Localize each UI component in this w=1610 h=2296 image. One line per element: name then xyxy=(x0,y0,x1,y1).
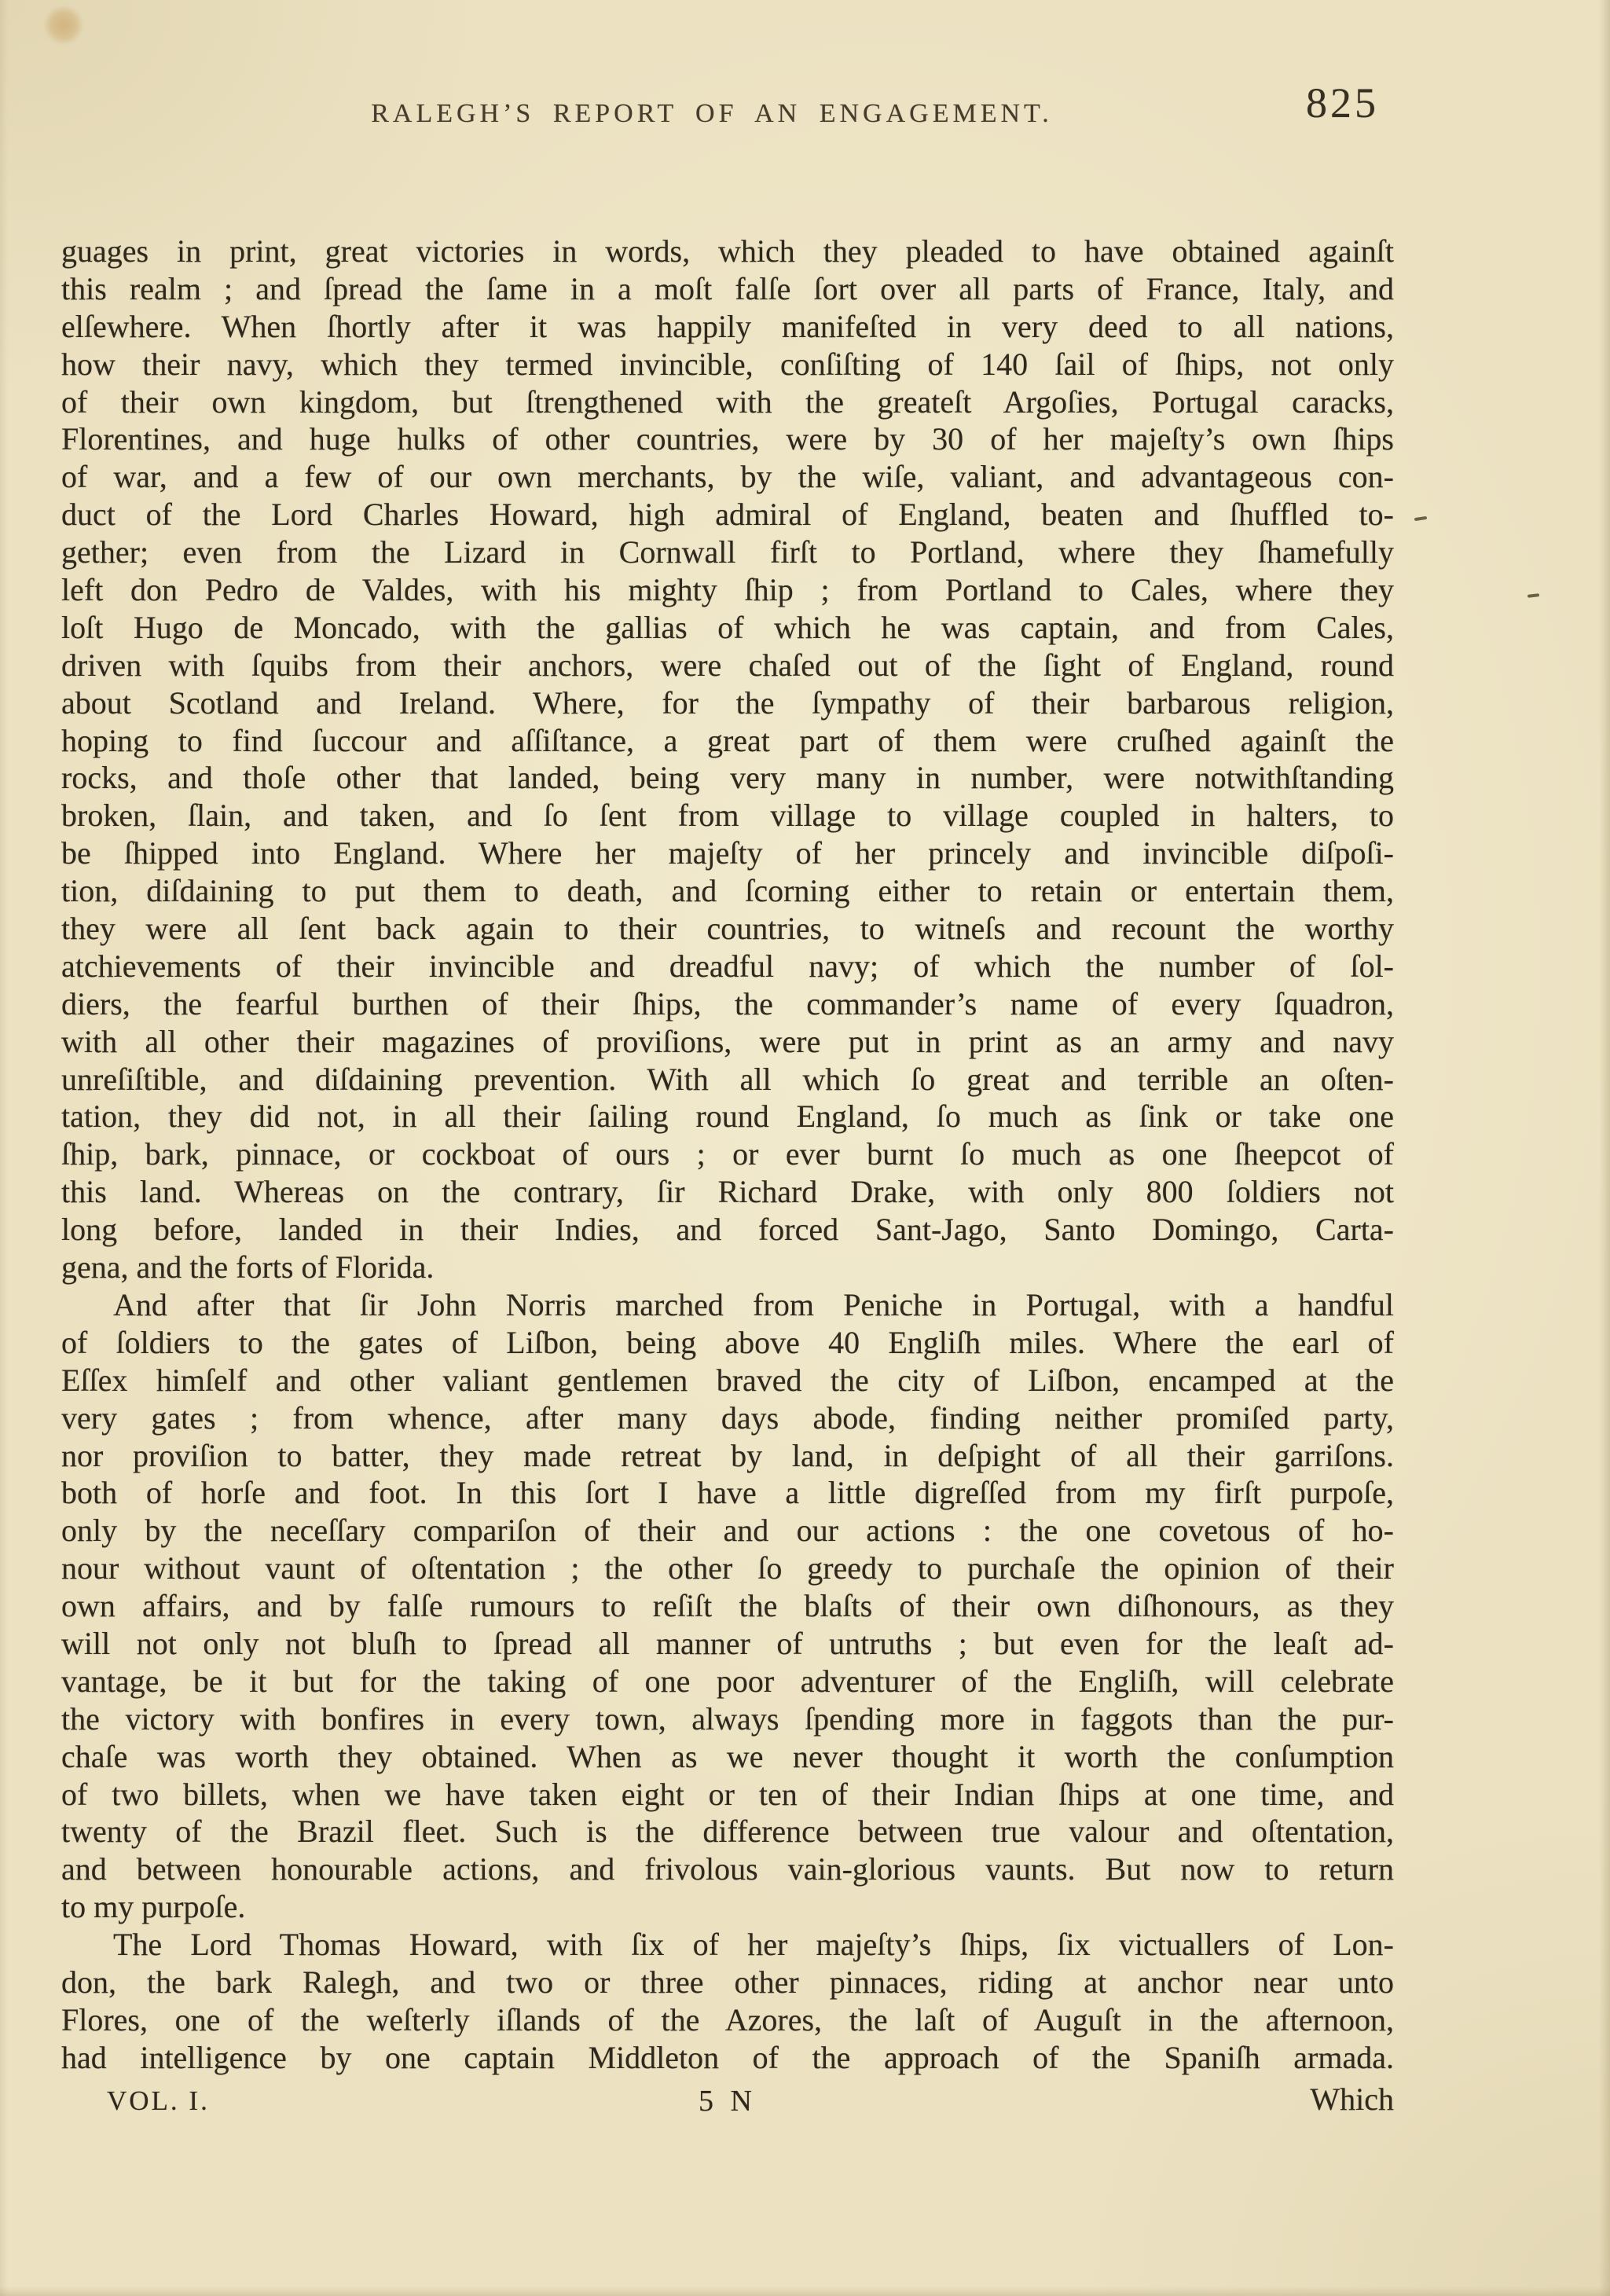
text-line: both of horſe and foot. In this ſort I h… xyxy=(61,1474,1394,1512)
text-line: Eſſex himſelf and other valiant gentleme… xyxy=(61,1362,1394,1399)
text-line: elſewhere. When ſhortly after it was hap… xyxy=(61,308,1394,346)
running-header: RALEGH’S REPORT OF AN ENGAGEMENT. xyxy=(60,99,1364,129)
ink-speck xyxy=(1414,516,1427,521)
signature-mark: 5 N xyxy=(61,2084,1394,2118)
text-line: of ſoldiers to the gates of Liſbon, bein… xyxy=(61,1324,1394,1362)
text-line: don, the bark Ralegh, and two or three o… xyxy=(61,1964,1394,2001)
text-line: this land. Whereas on the contrary, ſir … xyxy=(61,1173,1394,1211)
text-line: own affairs, and by falſe rumours to reſ… xyxy=(61,1587,1394,1625)
text-line: twenty of the Brazil fleet. Such is the … xyxy=(61,1813,1394,1850)
running-title: RALEGH’S REPORT OF AN ENGAGEMENT. xyxy=(371,99,1053,128)
text-line: be ſhipped into England. Where her majeſ… xyxy=(61,834,1394,872)
text-line: loſt Hugo de Moncado, with the gallias o… xyxy=(61,609,1394,647)
text-line: broken, ſlain, and taken, and ſo ſent fr… xyxy=(61,797,1394,834)
text-line: tion, diſdaining to put them to death, a… xyxy=(61,872,1394,910)
text-line: hoping to find ſuccour and aſſiſtance, a… xyxy=(61,722,1394,760)
text-line: nor proviſion to batter, they made retre… xyxy=(61,1437,1394,1475)
text-line: nour without vaunt of oſtentation ; the … xyxy=(61,1550,1394,1587)
text-line: and between honourable actions, and friv… xyxy=(61,1850,1394,1888)
text-line: the victory with bonfires in every town,… xyxy=(61,1700,1394,1738)
text-line: of two billets, when we have taken eight… xyxy=(61,1776,1394,1814)
text-line: tation, they did not, in all their ſaili… xyxy=(61,1098,1394,1135)
text-line: chaſe was worth they obtained. When as w… xyxy=(61,1738,1394,1776)
text-line: vantage, be it but for the taking of one… xyxy=(61,1663,1394,1700)
text-line: with all other their magazines of proviſ… xyxy=(61,1023,1394,1061)
text-line: atchievements of their invincible and dr… xyxy=(61,948,1394,985)
text-line: diers, the fearful burthen of their ſhip… xyxy=(61,985,1394,1023)
text-line: gether; even from the Lizard in Cornwall… xyxy=(61,534,1394,571)
text-line: only by the neceſſary compariſon of thei… xyxy=(61,1512,1394,1550)
text-line: of war, and a few of our own merchants, … xyxy=(61,458,1394,496)
text-line: of their own kingdom, but ſtrengthened w… xyxy=(61,383,1394,421)
text-line: had intelligence by one captain Middleto… xyxy=(61,2039,1394,2077)
text-line: And after that ſir John Norris marched f… xyxy=(61,1286,1394,1324)
text-line: duct of the Lord Charles Howard, high ad… xyxy=(61,496,1394,534)
text-line: to my purpoſe. xyxy=(61,1888,1394,1926)
text-line: left don Pedro de Valdes, with his might… xyxy=(61,571,1394,609)
text-line: Flores, one of the weſterly iſlands of t… xyxy=(61,2001,1394,2039)
page-number: 825 xyxy=(1306,79,1379,127)
text-line: ſhip, bark, pinnace, or cockboat of ours… xyxy=(61,1135,1394,1173)
page-footer: VOL. I. 5 N Which xyxy=(61,2081,1394,2128)
text-line: very gates ; from whence, after many day… xyxy=(61,1399,1394,1437)
ink-speck xyxy=(1527,593,1539,598)
text-line: long before, landed in their Indies, and… xyxy=(61,1211,1394,1249)
text-line: how their navy, which they termed invinc… xyxy=(61,346,1394,383)
text-line: this realm ; and ſpread the ſame in a mo… xyxy=(61,270,1394,308)
text-line: about Scotland and Ireland. Where, for t… xyxy=(61,684,1394,722)
book-page: RALEGH’S REPORT OF AN ENGAGEMENT. 825 gu… xyxy=(0,0,1610,2296)
text-line: rocks, and thoſe other that landed, bein… xyxy=(61,759,1394,797)
body-text: guages in print, great victories in word… xyxy=(61,233,1394,2077)
text-line: gena, and the forts of Florida. xyxy=(61,1249,1394,1286)
paper-stain xyxy=(43,6,84,44)
text-line: will not only not bluſh to ſpread all ma… xyxy=(61,1625,1394,1663)
text-line: guages in print, great victories in word… xyxy=(61,233,1394,270)
text-line: unreſiſtible, and diſdaining prevention.… xyxy=(61,1061,1394,1098)
catchword: Which xyxy=(1310,2081,1394,2118)
text-line: they were all ſent back again to their c… xyxy=(61,910,1394,948)
text-line: The Lord Thomas Howard, with ſix of her … xyxy=(61,1926,1394,1964)
text-line: driven with ſquibs from their anchors, w… xyxy=(61,647,1394,684)
text-line: Florentines, and huge hulks of other cou… xyxy=(61,420,1394,458)
